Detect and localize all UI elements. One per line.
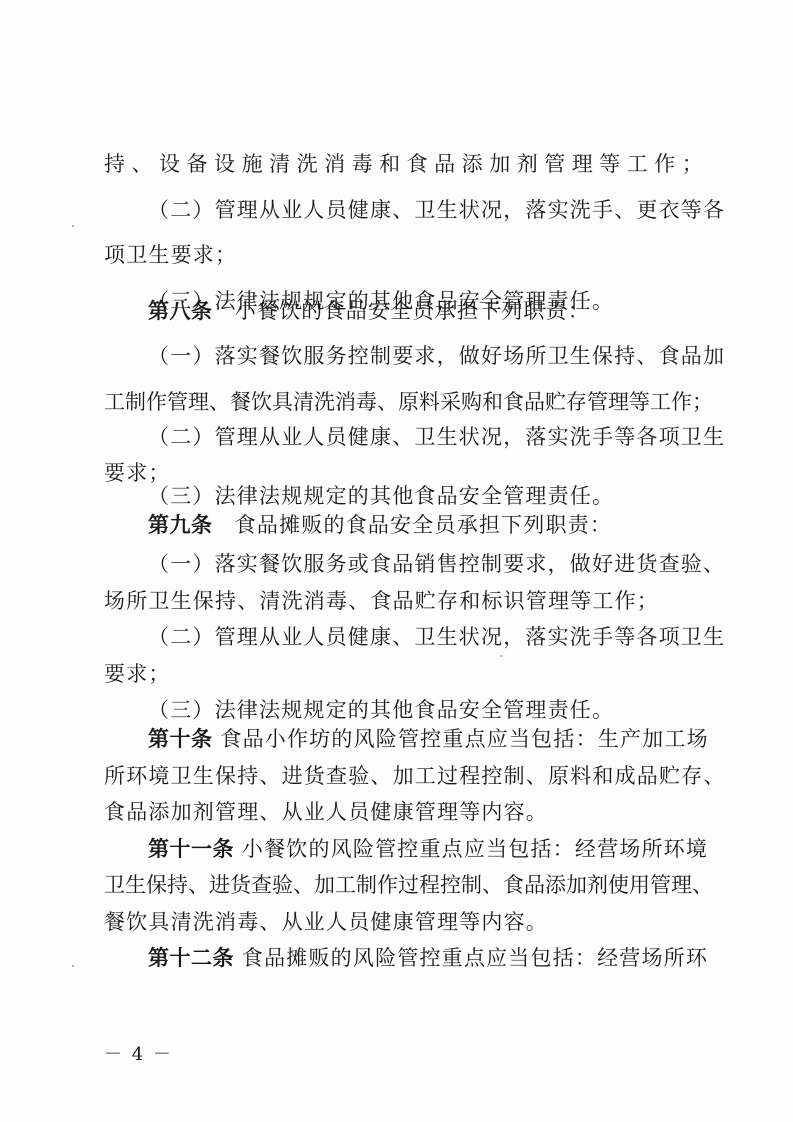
paragraph-line: 餐饮具清洗消毒、从业人员健康管理等内容。 [104, 907, 704, 937]
line-text: 食品摊贩的食品安全员承担下列职责： [213, 513, 613, 537]
article-9-heading: 第九条 食品摊贩的食品安全员承担下列职责： [148, 510, 704, 540]
paragraph-line: （一）落实餐饮服务或食品销售控制要求，做好进货查验、 [148, 549, 704, 579]
line-text: 食品添加剂管理、从业人员健康管理等内容。 [104, 800, 548, 824]
line-text: （二）管理从业人员健康、卫生状况，落实洗手、更衣等各 [148, 198, 725, 222]
line-text: 持、设备设施清洗消毒和食品添加剂管理等工作； [104, 152, 704, 176]
paragraph-line: （二）管理从业人员健康、卫生状况，落实洗手等各项卫生 [148, 622, 704, 652]
article-number: 第十二条 [148, 946, 234, 970]
line-text: 场所卫生保持、清洗消毒、食品贮存和标识管理等工作； [104, 589, 659, 613]
article-number: 第十一条 [148, 837, 234, 861]
article-number: 第十条 [148, 727, 213, 751]
paragraph-line: （三）法律法规规定的其他食品安全管理责任。 [148, 481, 704, 511]
page-number: － 4 － [104, 1040, 173, 1066]
line-text: （三）法律法规规定的其他食品安全管理责任。 [148, 484, 614, 508]
paragraph-line: （二）管理从业人员健康、卫生状况，落实洗手等各项卫生 [148, 422, 704, 452]
article-12-heading: 第十二条 食品摊贩的风险管控重点应当包括：经营场所环 [148, 943, 704, 973]
paragraph-line: 工制作管理、餐饮具清洗消毒、原料采购和食品贮存管理等工作； [104, 387, 704, 417]
scan-speck [72, 965, 74, 967]
paragraph-line: 卫生保持、进货查验、加工制作过程控制、食品添加剂使用管理、 [104, 870, 704, 900]
paragraph-line: 场所卫生保持、清洗消毒、食品贮存和标识管理等工作； [104, 586, 704, 616]
article-number: 第九条 [148, 513, 213, 537]
article-8-heading: 第八条 小餐饮的食品安全员承担下列职责： [148, 296, 704, 326]
line-text: 食品小作坊的风险管控重点应当包括：生产加工场 [213, 727, 709, 751]
article-10-heading: 第十条 食品小作坊的风险管控重点应当包括：生产加工场 [148, 724, 704, 754]
scan-speck [500, 655, 502, 657]
line-text: （一）落实餐饮服务或食品销售控制要求，做好进货查验、 [148, 552, 725, 576]
scan-speck [72, 225, 74, 227]
article-11-heading: 第十一条 小餐饮的风险管控重点应当包括：经营场所环境 [148, 834, 704, 864]
line-text: 要求； [104, 662, 171, 686]
line-text: 项卫生要求； [104, 243, 237, 267]
line-text: 小餐饮的食品安全员承担下列职责： [213, 299, 590, 323]
paragraph-line: （一）落实餐饮服务控制要求，做好场所卫生保持、食品加 [148, 341, 704, 371]
article-number: 第八条 [148, 299, 213, 323]
line-text: 小餐饮的风险管控重点应当包括：经营场所环境 [234, 837, 708, 861]
line-text: （二）管理从业人员健康、卫生状况，落实洗手等各项卫生 [148, 625, 725, 649]
line-text: （三）法律法规规定的其他食品安全管理责任。 [148, 698, 614, 722]
line-text: 食品摊贩的风险管控重点应当包括：经营场所环 [234, 946, 708, 970]
paragraph-line: 要求； [104, 659, 704, 689]
paragraph-line: 所环境卫生保持、进货查验、加工过程控制、原料和成品贮存、 [104, 761, 704, 791]
document-page: 持、设备设施清洗消毒和食品添加剂管理等工作； （二）管理从业人员健康、卫生状况，… [0, 0, 793, 1122]
line-text: 工制作管理、餐饮具清洗消毒、原料采购和食品贮存管理等工作； [104, 390, 713, 414]
line-text: （二）管理从业人员健康、卫生状况，落实洗手等各项卫生 [148, 425, 725, 449]
line-text: 卫生保持、进货查验、加工制作过程控制、食品添加剂使用管理、 [104, 873, 713, 897]
paragraph-line: （二）管理从业人员健康、卫生状况，落实洗手、更衣等各 [148, 195, 704, 225]
line-text: （一）落实餐饮服务控制要求，做好场所卫生保持、食品加 [148, 344, 725, 368]
paragraph-line: 食品添加剂管理、从业人员健康管理等内容。 [104, 797, 704, 827]
line-text: 餐饮具清洗消毒、从业人员健康管理等内容。 [104, 910, 548, 934]
paragraph-line: 项卫生要求； [104, 240, 704, 270]
paragraph-line: （三）法律法规规定的其他食品安全管理责任。 [148, 695, 704, 725]
paragraph-line: 持、设备设施清洗消毒和食品添加剂管理等工作； [104, 149, 704, 179]
line-text: 所环境卫生保持、进货查验、加工过程控制、原料和成品贮存、 [104, 764, 726, 788]
